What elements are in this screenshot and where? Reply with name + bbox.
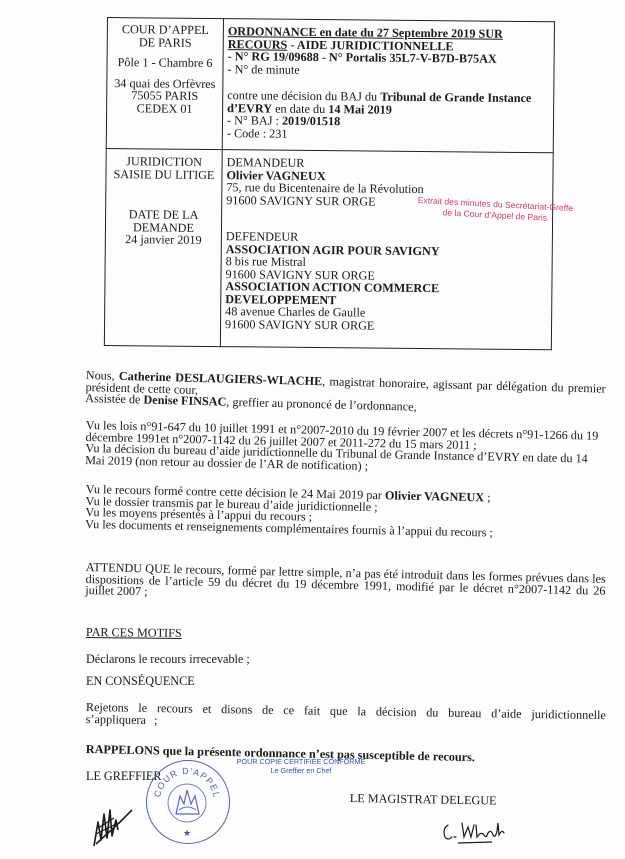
appellant-name: Olivier VAGNEUX (385, 488, 484, 504)
court-chamber: Pôle 1 - Chambre 6 (108, 56, 223, 70)
magistrat-signature-icon (440, 815, 510, 847)
parties-cell: DEMANDEUR Olivier VAGNEUX 75, rue du Bic… (220, 150, 553, 350)
vu-recours-paragraph: Vu le recours formé contre cette décisio… (85, 484, 606, 541)
svg-text:COUR D’APPEL DE PARIS: COUR D’APPEL DE PARIS (146, 760, 222, 802)
greffier-name: Denise FINSAC (143, 393, 226, 409)
seal-star-icon: ★ (183, 828, 191, 838)
court-info-cell: COUR D’APPEL DE PARIS Pôle 1 - Chambre 6… (106, 18, 223, 150)
ordonnance-info-cell: ORDONNANCE en date du 27 Septembre 2019 … (222, 19, 554, 153)
assistee-rest: , greffier au prononcé de l’ordonnance, (226, 395, 417, 414)
assistee-prefix: Assistée de (85, 391, 144, 407)
certified-copy-line1: POUR COPIE CERTIFIÉE CONFORME (221, 757, 381, 766)
court-order-page: COUR D’APPEL DE PARIS Pôle 1 - Chambre 6… (0, 0, 625, 859)
court-name-line2: DE PARIS (108, 36, 223, 50)
seal-icon: COUR D’APPEL DE PARIS ★ (146, 760, 228, 842)
header-table: COUR D’APPEL DE PARIS Pôle 1 - Chambre 6… (104, 17, 555, 350)
date-demande-value: 24 janvier 2019 (106, 233, 221, 247)
certified-copy-stamp: POUR COPIE CERTIFIÉE CONFORME Le Greffie… (221, 757, 381, 775)
attendu-paragraph: ATTENDU QUE le recours, formé par lettre… (85, 562, 606, 608)
greffier-signature-icon (90, 800, 136, 850)
nous-paragraph: Nous, Catherine DESLAUGIERS-WLACHE, magi… (85, 370, 606, 418)
en-consequence-heading: EN CONSÉQUENCE (86, 676, 606, 688)
juridiction-label-line2: SAISIE DU LITIGE (106, 168, 221, 182)
vu-lois-paragraph: Vu les lois n°91-647 du 10 juillet 1991 … (85, 420, 606, 477)
magistrat-label: LE MAGISTRAT DELEGUE (350, 791, 497, 809)
declarons-line: Déclarons le recours irrecevable ; (86, 654, 606, 666)
vu-recours-suffix: ; (484, 490, 491, 504)
juridiction-cell: JURIDICTION SAISIE DU LITIGE DATE DE LA … (104, 148, 222, 346)
par-ces-motifs-heading: PAR CES MOTIFS (86, 627, 606, 644)
tribunal-name: Tribunal de Grande Instance (380, 90, 531, 105)
defendeur2-address-line2: 91600 SAVIGNY SUR ORGE (225, 318, 551, 334)
baj-number: 2019/01518 (282, 114, 340, 129)
court-seal-stamp: COUR D’APPEL DE PARIS ★ (146, 760, 230, 844)
certified-copy-line2: Le Greffier en Chef (221, 766, 381, 775)
court-address-line3: CEDEX 01 (107, 102, 222, 116)
rejetons-paragraph: Rejetons le recours et disons de ce fait… (86, 702, 606, 733)
seal-text: COUR D’APPEL DE PARIS (146, 760, 222, 802)
